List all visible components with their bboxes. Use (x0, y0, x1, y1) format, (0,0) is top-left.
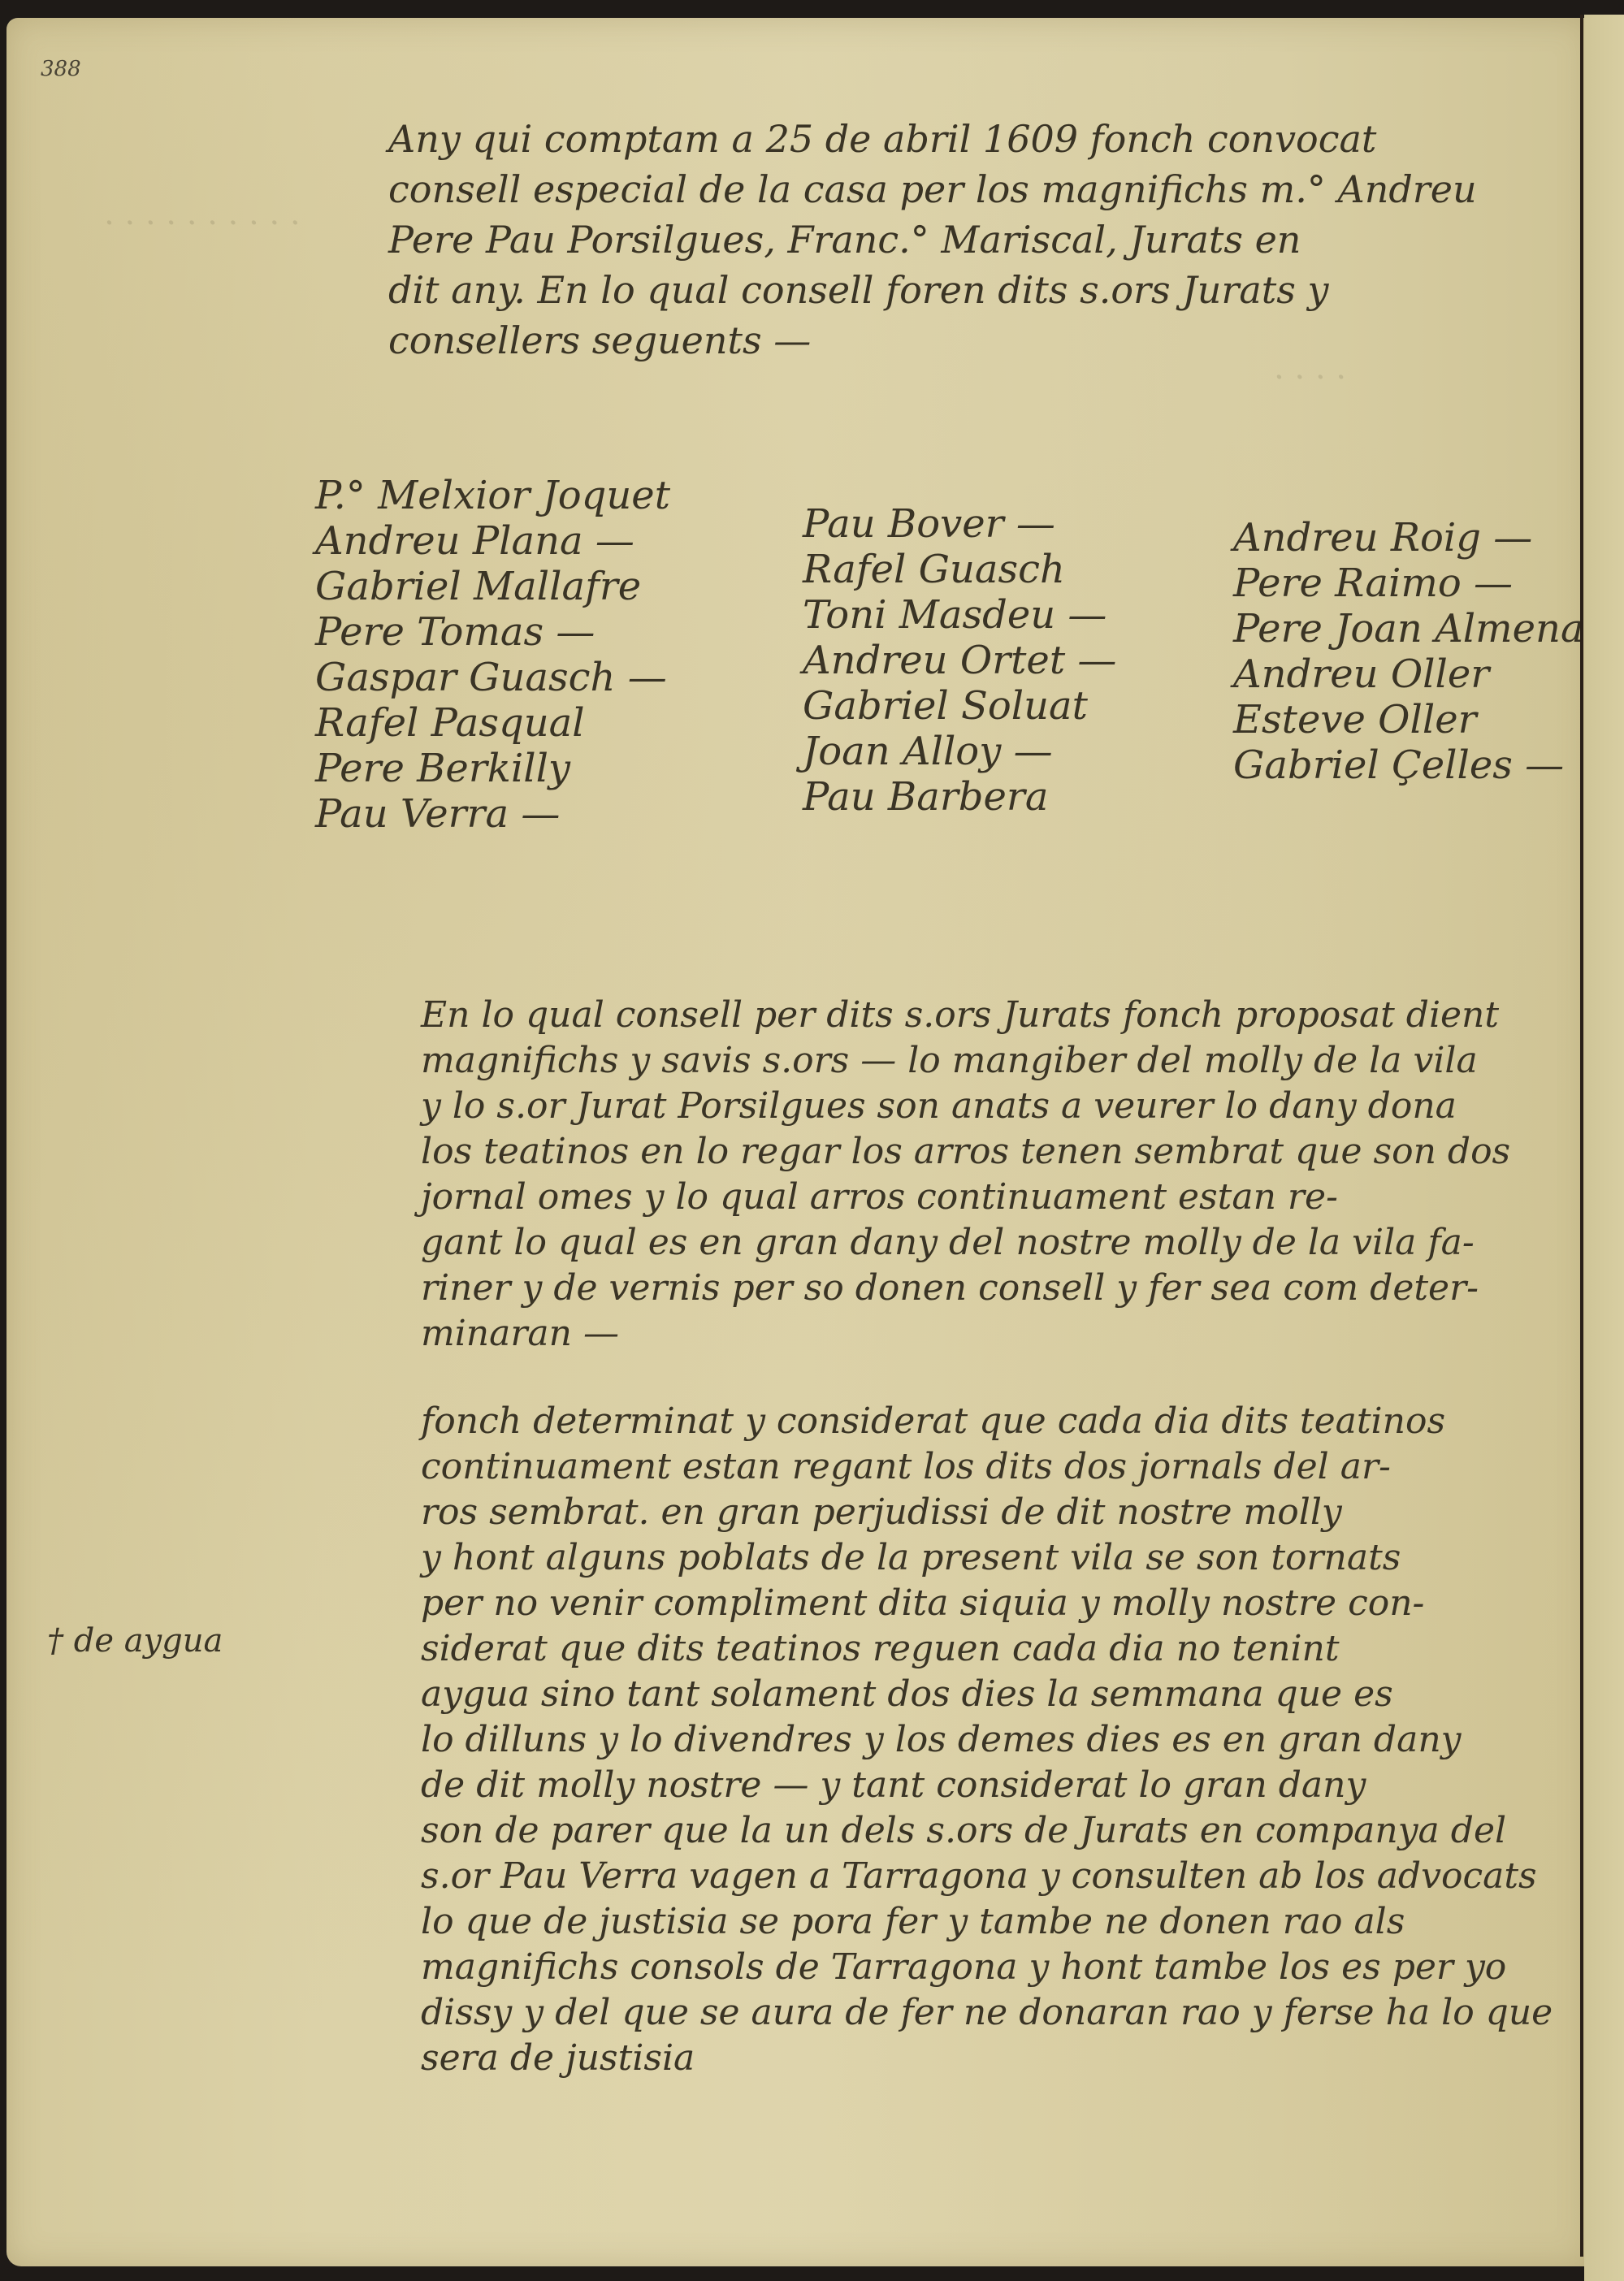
text-line: jornal omes y lo qual arros continuament… (421, 1175, 1574, 1220)
text-line: magnifichs y savis s.ors — lo mangiber d… (421, 1038, 1574, 1084)
margin-note: † de aygua (47, 1622, 223, 1660)
council-member: Pere Berkilly (315, 746, 670, 791)
text-line: gant lo qual es en gran dany del nostre … (421, 1220, 1574, 1266)
text-line: y hont alguns poblats de la present vila… (421, 1535, 1574, 1581)
council-member: Rafel Pasqual (315, 700, 670, 746)
council-member: Andreu Roig — (1233, 515, 1624, 561)
council-member: Pere Joan Almenara (1233, 606, 1624, 651)
paragraph-determination: fonch determinat y considerat que cada d… (421, 1399, 1574, 2081)
manuscript-page: · · · · · · · · · · · · · · 388 Any qui … (6, 18, 1591, 2266)
council-member: Esteve Oller (1233, 697, 1624, 742)
paragraph-proposal: En lo qual consell per dits s.ors Jurats… (421, 993, 1574, 1357)
council-member: Andreu Ortet — (803, 638, 1116, 683)
heading-line: consellers seguents — (388, 315, 1558, 366)
text-line: minaran — (421, 1311, 1574, 1357)
text-line: los teatinos en lo regar los arros tenen… (421, 1129, 1574, 1175)
text-line: dissy y del que se aura de fer ne donara… (421, 1990, 1574, 2036)
council-members-column-1: P.° Melxior Joquet Andreu Plana — Gabrie… (315, 473, 670, 837)
heading-line: Any qui comptam a 25 de abril 1609 fonch… (388, 114, 1558, 164)
bleed-through-text: · · · · · · · · · · (104, 205, 301, 242)
council-member: Pau Barbera (803, 774, 1116, 820)
council-members-column-2: Pau Bover — Rafel Guasch Toni Masdeu — A… (803, 501, 1116, 820)
council-members-column-3: Andreu Roig — Pere Raimo — Pere Joan Alm… (1233, 515, 1624, 788)
text-line: per no venir compliment dita siquia y mo… (421, 1581, 1574, 1626)
text-line: continuament estan regant los dits dos j… (421, 1444, 1574, 1490)
text-line: lo que de justisia se pora fer y tambe n… (421, 1899, 1574, 1945)
heading-block: Any qui comptam a 25 de abril 1609 fonch… (388, 114, 1558, 366)
text-line: son de parer que la un dels s.ors de Jur… (421, 1808, 1574, 1854)
text-line: s.or Pau Verra vagen a Tarragona y consu… (421, 1854, 1574, 1899)
text-line: y lo s.or Jurat Porsilgues son anats a v… (421, 1084, 1574, 1129)
council-member: Joan Alloy — (803, 729, 1116, 774)
text-line: lo dilluns y lo divendres y los demes di… (421, 1717, 1574, 1763)
page-fold-line (1580, 15, 1583, 2257)
council-member: Pau Verra — (315, 791, 670, 837)
council-member: Pere Tomas — (315, 609, 670, 655)
text-line: magnifichs consols de Tarragona y hont t… (421, 1945, 1574, 1990)
text-line: En lo qual consell per dits s.ors Jurats… (421, 993, 1574, 1038)
text-line: ros sembrat. en gran perjudissi de dit n… (421, 1490, 1574, 1535)
council-member: Gaspar Guasch — (315, 655, 670, 700)
adjacent-page-edge (1584, 15, 1624, 2281)
text-line: fonch determinat y considerat que cada d… (421, 1399, 1574, 1444)
text-line: riner y de vernis per so donen consell y… (421, 1266, 1574, 1311)
council-member: Gabriel Mallafre (315, 564, 670, 609)
council-member: P.° Melxior Joquet (315, 473, 670, 518)
text-line: de dit molly nostre — y tant considerat … (421, 1763, 1574, 1808)
council-member: Toni Masdeu — (803, 592, 1116, 638)
text-line: aygua sino tant solament dos dies la sem… (421, 1672, 1574, 1717)
council-member: Andreu Oller (1233, 651, 1624, 697)
council-member: Pau Bover — (803, 501, 1116, 547)
council-member: Gabriel Çelles — (1233, 742, 1624, 788)
heading-line: Pere Pau Porsilgues, Franc.° Mariscal, J… (388, 214, 1558, 265)
text-line: siderat que dits teatinos reguen cada di… (421, 1626, 1574, 1672)
council-member: Gabriel Soluat (803, 683, 1116, 729)
heading-line: dit any. En lo qual consell foren dits s… (388, 265, 1558, 315)
folio-number: 388 (41, 57, 81, 81)
text-line: sera de justisia (421, 2036, 1574, 2081)
council-member: Rafel Guasch (803, 547, 1116, 592)
council-member: Andreu Plana — (315, 518, 670, 564)
heading-line: consell especial de la casa per los magn… (388, 164, 1558, 214)
council-member: Pere Raimo — (1233, 561, 1624, 606)
